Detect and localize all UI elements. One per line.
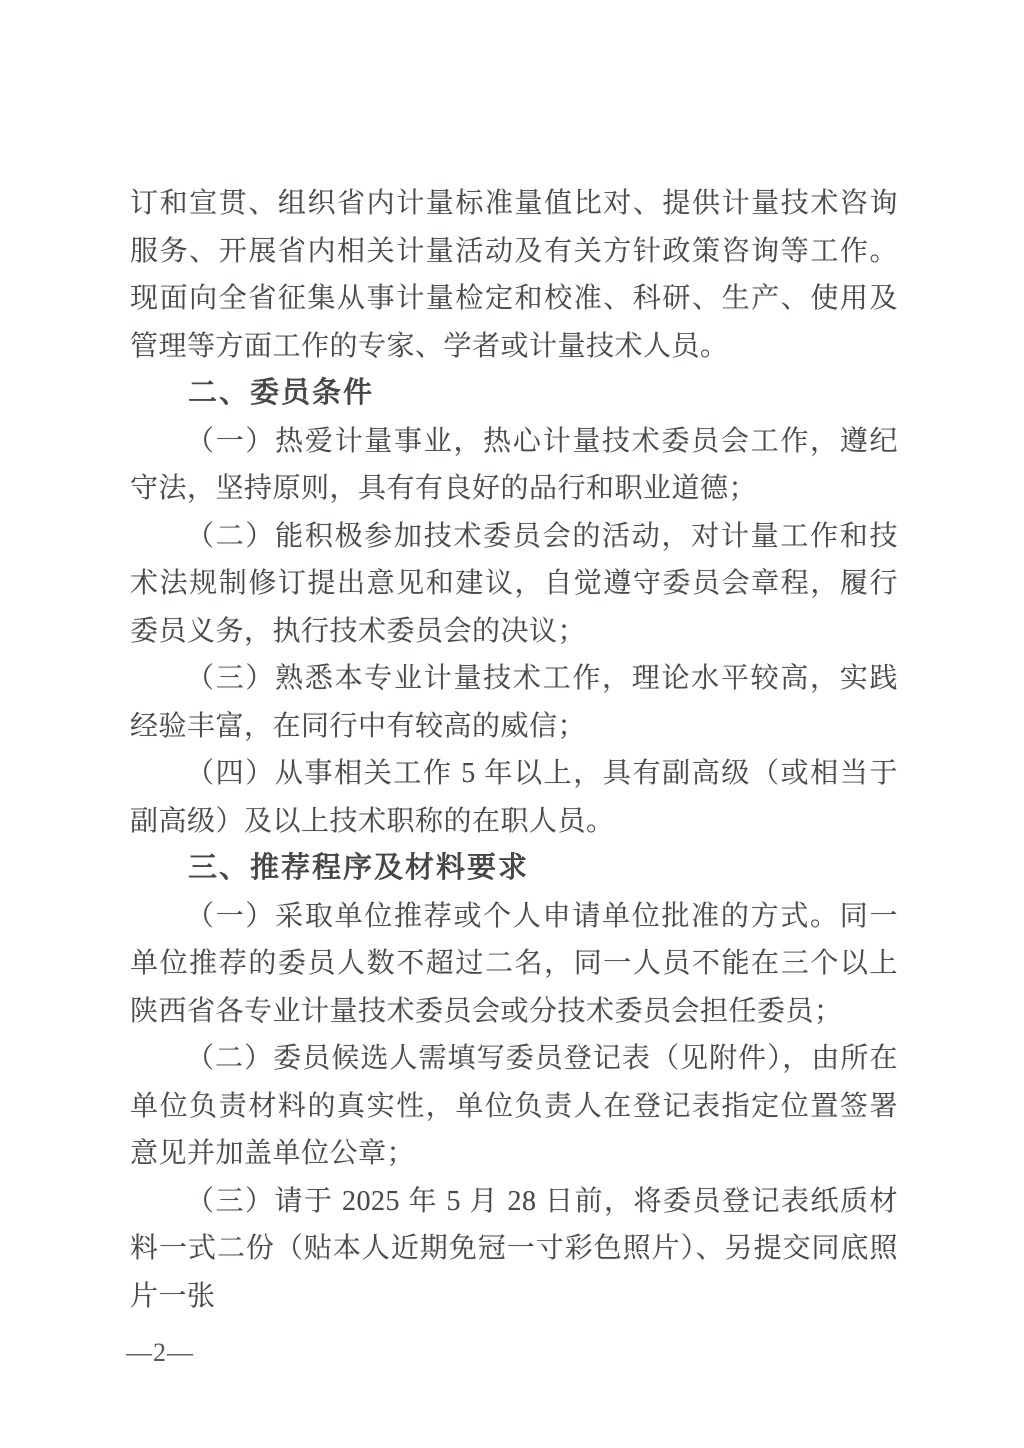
clause-3-1: （一）采取单位推荐或个人申请单位批准的方式。同一单位推荐的委员人数不超过二名，同… bbox=[130, 893, 898, 1036]
clause-2-4: （四）从事相关工作 5 年以上，具有副高级（或相当于副高级）及以上技术职称的在职… bbox=[130, 750, 898, 845]
clause-3-2: （二）委员候选人需填写委员登记表（见附件），由所在单位负责材料的真实性，单位负责… bbox=[130, 1035, 898, 1178]
page-number: —2— bbox=[126, 1338, 194, 1368]
clause-2-2: （二）能积极参加技术委员会的活动，对计量工作和技术法规制修订提出意见和建议，自觉… bbox=[130, 513, 898, 656]
document-page: 订和宣贯、组织省内计量标准量值比对、提供计量技术咨询服务、开展省内相关计量活动及… bbox=[0, 0, 1024, 1448]
section-heading-3-recommendation-procedure: 三、推荐程序及材料要求 bbox=[130, 845, 898, 893]
clause-2-3: （三）熟悉本专业计量技术工作，理论水平较高，实践经验丰富，在同行中有较高的威信； bbox=[130, 655, 898, 750]
clause-3-3: （三）请于 2025 年 5 月 28 日前，将委员登记表纸质材料一式二份（贴本… bbox=[130, 1178, 898, 1321]
section-heading-2-member-conditions: 二、委员条件 bbox=[130, 370, 898, 418]
document-body: 订和宣贯、组织省内计量标准量值比对、提供计量技术咨询服务、开展省内相关计量活动及… bbox=[130, 180, 898, 1320]
clause-2-1: （一）热爱计量事业，热心计量技术委员会工作，遵纪守法，坚持原则，具有有良好的品行… bbox=[130, 418, 898, 513]
paragraph-intro-continuation: 订和宣贯、组织省内计量标准量值比对、提供计量技术咨询服务、开展省内相关计量活动及… bbox=[130, 180, 898, 370]
